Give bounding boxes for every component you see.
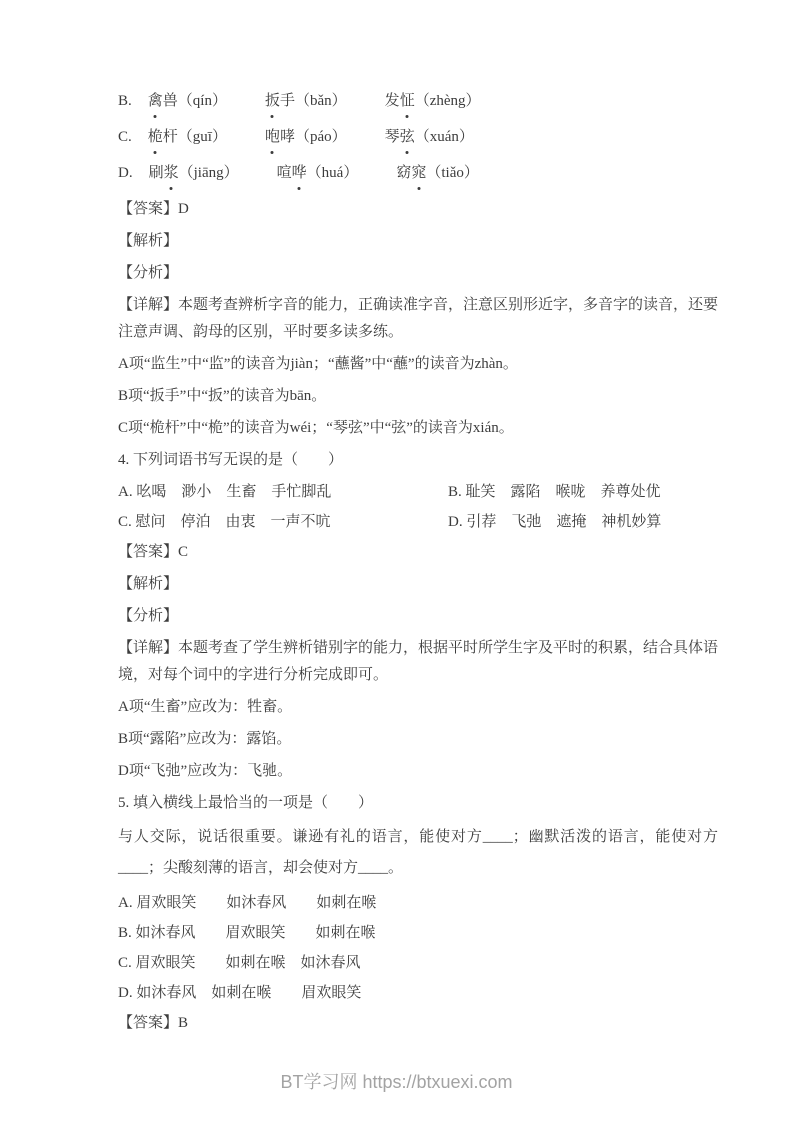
q4-explain-a: A项“生畜”应改为：牲畜。 [118,694,718,720]
q5-stem: 5. 填入横线上最恰当的一项是（ ） [118,790,718,816]
q4-option-b: B. 耻笑 露陷 喉咙 养尊处优 [448,479,661,505]
character: 琴 [385,124,400,150]
q3-jiexi-label: 【解析】 [118,228,718,254]
pinyin-annotation: （qín） [178,93,227,109]
q5-option-d: D. 如沐春风 如刺在喉 眉欢眼笑 [118,980,718,1006]
word-with-pinyin: 桅杆（guī） [148,124,227,150]
emphasized-character: 浆 [164,160,179,186]
emphasized-character: 禽 [148,88,163,114]
q3-xiangjie-paragraph: 【详解】本题考查辨析字音的能力，正确读准字音，注意区别形近字，多音字的读音，还要… [118,292,718,346]
q4-option-d: D. 引荐 飞弛 遮掩 神机妙算 [448,509,661,535]
q4-options-row-1: A. 吆喝 渺小 生畜 手忙脚乱 B. 耻笑 露陷 喉咙 养尊处优 [118,479,718,505]
q3-explain-a: A项“监生”中“监”的读音为jiàn；“蘸酱”中“蘸”的读音为zhàn。 [118,351,718,377]
pinyin-annotation: （jiāng） [179,165,239,181]
q5-option-b: B. 如沐春风 眉欢眼笑 如刺在喉 [118,920,718,946]
exam-document-page: B.禽兽（qín）扳手（bǎn）发怔（zhèng） C.桅杆（guī）咆哮（pá… [0,0,793,1122]
q3-option-row-d: D.刷浆（jiāng）喧哗（huá）窈窕（tiǎo） [118,160,718,186]
character: 手 [280,88,295,114]
pinyin-annotation: （guī） [178,129,227,145]
document-content: B.禽兽（qín）扳手（bǎn）发怔（zhèng） C.桅杆（guī）咆哮（pá… [118,88,718,1042]
word-with-pinyin: 禽兽（qín） [148,88,227,114]
word-with-pinyin: 咆哮（páo） [265,124,347,150]
q4-stem: 4. 下列词语书写无误的是（ ） [118,447,718,473]
q3-option-row-b: B.禽兽（qín）扳手（bǎn）发怔（zhèng） [118,88,718,114]
q4-explain-d: D项“飞弛”应改为：飞驰。 [118,758,718,784]
emphasized-character: 哗 [292,160,307,186]
character: 兽 [163,88,178,114]
site-watermark: BT学习网 https://btxuexi.com [0,1068,793,1094]
pinyin-annotation: （tiǎo） [426,165,479,181]
q3-explain-c: C项“桅杆”中“桅”的读音为wéi；“琴弦”中“弦”的读音为xián。 [118,415,718,441]
character: 刷 [149,160,164,186]
word-with-pinyin: 发怔（zhèng） [385,88,481,114]
character: 哮 [280,124,295,150]
q3-fenxi-label: 【分析】 [118,260,718,286]
q5-answer-line: 【答案】B [118,1010,718,1036]
word-with-pinyin: 喧哗（huá） [277,160,359,186]
character: 杆 [163,124,178,150]
pinyin-annotation: （huá） [307,165,359,181]
option-letter: B. [118,88,132,114]
emphasized-character: 弦 [400,124,415,150]
word-with-pinyin: 琴弦（xuán） [385,124,474,150]
character: 喧 [277,160,292,186]
pinyin-annotation: （páo） [295,129,347,145]
word-with-pinyin: 刷浆（jiāng） [149,160,239,186]
q4-jiexi-label: 【解析】 [118,571,718,597]
option-letter: D. [118,160,133,186]
pinyin-annotation: （bǎn） [295,93,347,109]
q5-option-c: C. 眉欢眼笑 如刺在喉 如沐春风 [118,950,718,976]
pinyin-annotation: （xuán） [415,129,474,145]
character: 窈 [396,160,411,186]
emphasized-character: 窕 [411,160,426,186]
option-letter: C. [118,124,132,150]
q5-option-a: A. 眉欢眼笑 如沐春风 如刺在喉 [118,890,718,916]
emphasized-character: 咆 [265,124,280,150]
q4-option-c: C. 慰问 停泊 由衷 一声不吭 [118,509,448,535]
q3-explain-b: B项“扳手”中“扳”的读音为bān。 [118,383,718,409]
word-with-pinyin: 扳手（bǎn） [265,88,347,114]
emphasized-character: 桅 [148,124,163,150]
q4-xiangjie-paragraph: 【详解】本题考查了学生辨析错别字的能力，根据平时所学生字及平时的积累，结合具体语… [118,635,718,689]
emphasized-character: 怔 [400,88,415,114]
q3-option-row-c: C.桅杆（guī）咆哮（páo）琴弦（xuán） [118,124,718,150]
q4-answer-line: 【答案】C [118,539,718,565]
q4-option-a: A. 吆喝 渺小 生畜 手忙脚乱 [118,479,448,505]
word-with-pinyin: 窈窕（tiǎo） [396,160,479,186]
q4-fenxi-label: 【分析】 [118,603,718,629]
q3-answer-line: 【答案】D [118,196,718,222]
q4-options-row-2: C. 慰问 停泊 由衷 一声不吭 D. 引荐 飞弛 遮掩 神机妙算 [118,509,718,535]
character: 发 [385,88,400,114]
q5-stem-body: 与人交际，说话很重要。谦逊有礼的语言，能使对方____；幽默活泼的语言，能使对方… [118,822,718,884]
q4-explain-b: B项“露陷”应改为：露馅。 [118,726,718,752]
pinyin-annotation: （zhèng） [415,93,481,109]
emphasized-character: 扳 [265,88,280,114]
